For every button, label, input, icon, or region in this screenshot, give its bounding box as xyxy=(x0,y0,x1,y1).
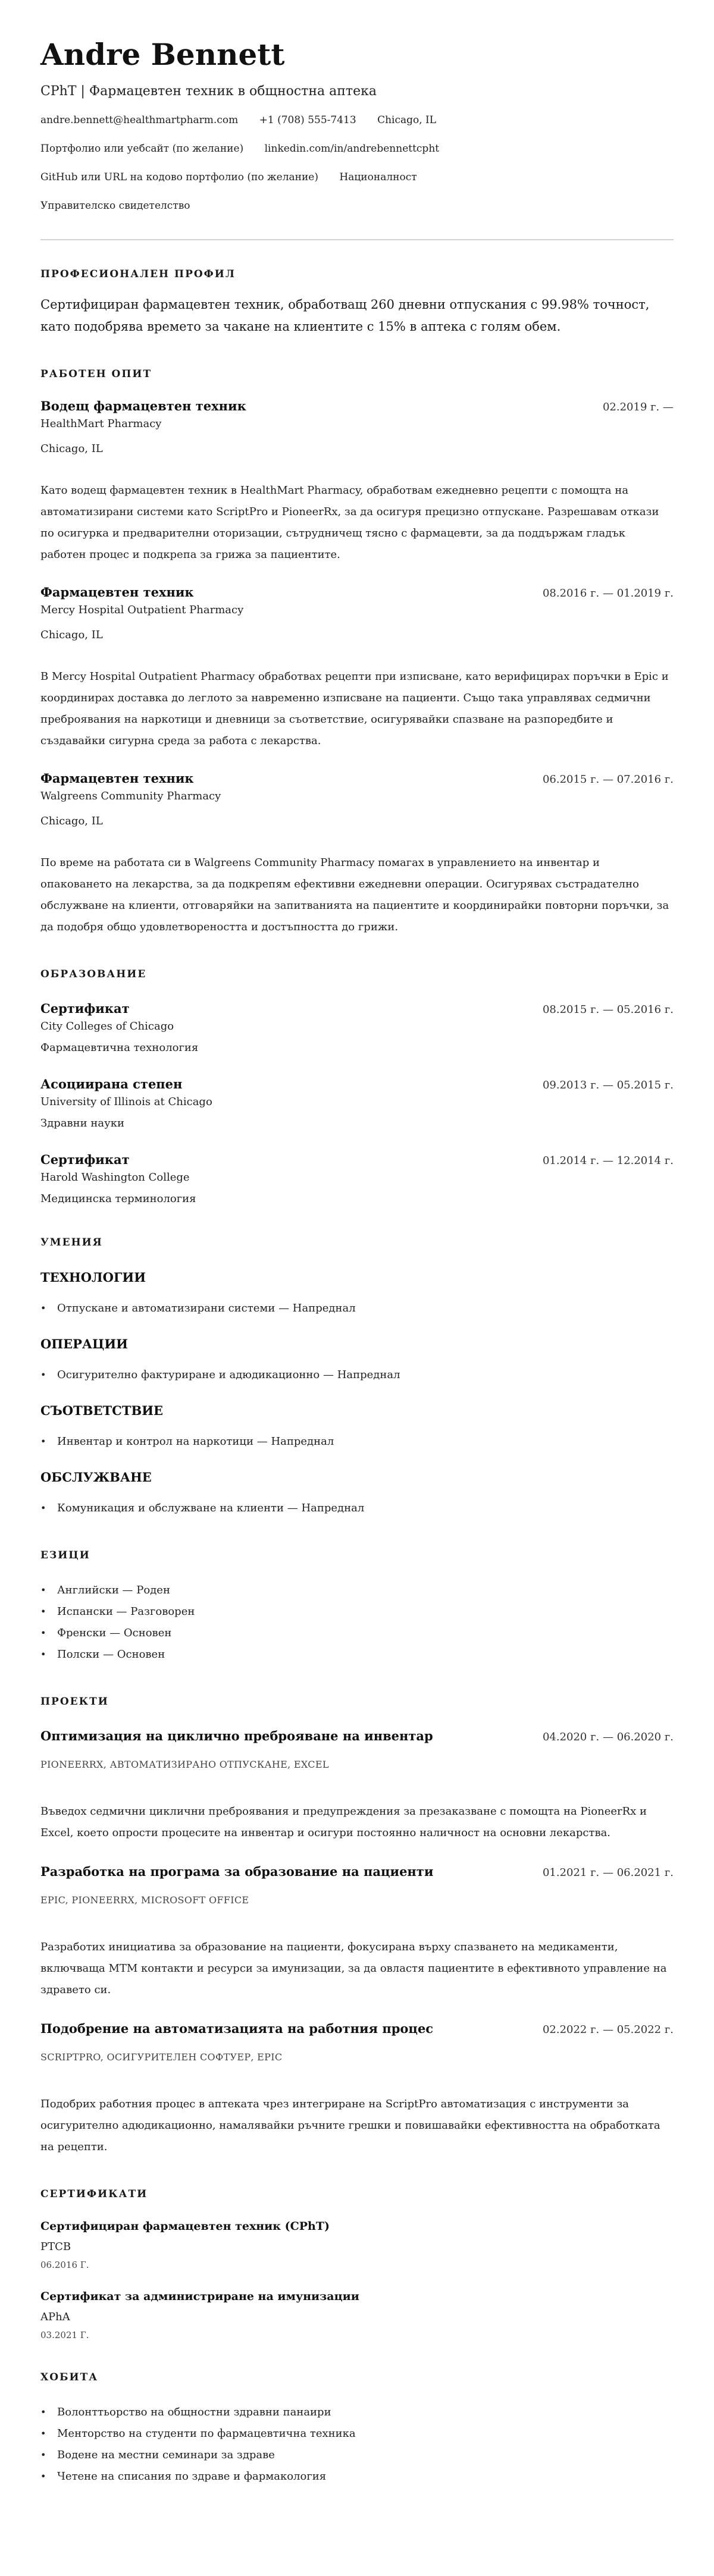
section-title: ХОБИТА xyxy=(40,2371,674,2384)
certification-issuer: APhA xyxy=(40,2310,674,2324)
hobbies-section: ХОБИТА Волонттьорство на общностни здрав… xyxy=(40,2371,674,2487)
employer: Mercy Hospital Outpatient Pharmacy xyxy=(40,603,674,617)
education-entry: Асоциирана степен09.2013 г. — 05.2015 г.… xyxy=(40,1077,674,1131)
section-title: ПРОФЕСИОНАЛЕН ПРОФИЛ xyxy=(40,268,674,281)
section-title: УМЕНИЯ xyxy=(40,1236,674,1249)
hobby-item: Четене на списания по здраве и фармаколо… xyxy=(40,2466,674,2487)
language-item: Испански — Разговорен xyxy=(40,1601,674,1623)
skill-group-title: СЪОТВЕТСТВИЕ xyxy=(40,1402,674,1419)
job-title: Фармацевтен техник xyxy=(40,585,194,600)
skills-section: УМЕНИЯ ТЕХНОЛОГИИОтпускане и автоматизир… xyxy=(40,1236,674,1519)
job-dates: 06.2015 г. — 07.2016 г. xyxy=(543,773,674,786)
languages-list: Английски — РоденИспански — РазговоренФр… xyxy=(40,1580,674,1665)
project-technologies: EPIC, PIONEERRX, MICROSOFT OFFICE xyxy=(40,1894,674,1906)
phone-number[interactable]: +1 (708) 555-7413 xyxy=(259,114,356,126)
skill-list: Осигурително фактуриране и адюдикационно… xyxy=(40,1364,674,1386)
skill-item: Инвентар и контрол на наркотици — Напред… xyxy=(40,1431,674,1452)
job-location: Chicago, IL xyxy=(40,814,674,829)
project-technologies: PIONEERRX, АВТОМАТИЗИРАНО ОТПУСКАНЕ, EXC… xyxy=(40,1759,674,1770)
school: University of Illinois at Chicago xyxy=(40,1095,674,1109)
skill-item: Комуникация и обслужване на клиенти — На… xyxy=(40,1498,674,1519)
certifications-section: СЕРТИФИКАТИ Сертифициран фармацевтен тех… xyxy=(40,2188,674,2341)
skill-list: Отпускане и автоматизирани системи — Нап… xyxy=(40,1298,674,1319)
job-description: Като водещ фармацевтен техник в HealthMa… xyxy=(40,480,674,566)
nationality: Националност xyxy=(339,171,416,183)
employer: HealthMart Pharmacy xyxy=(40,417,674,431)
skill-item: Отпускане и автоматизирани системи — Нап… xyxy=(40,1298,674,1319)
certification-date: 06.2016 Г. xyxy=(40,2259,674,2271)
certification-entry: Сертифициран фармацевтен техник (CPhT)PT… xyxy=(40,2219,674,2271)
language-item: Полски — Основен xyxy=(40,1644,674,1665)
degree: Сертификат xyxy=(40,1152,130,1167)
education-dates: 09.2013 г. — 05.2015 г. xyxy=(543,1079,674,1091)
field-of-study: Здравни науки xyxy=(40,1116,674,1131)
project-description: Въведох седмични циклични преброявания и… xyxy=(40,1801,674,1844)
experience-entry: Водещ фармацевтен техник02.2019 г. —Heal… xyxy=(40,399,674,566)
degree: Сертификат xyxy=(40,1001,130,1016)
job-dates: 08.2016 г. — 01.2019 г. xyxy=(543,587,674,600)
candidate-headline: CPhT | Фармацевтен техник в общностна ап… xyxy=(40,83,674,100)
section-title: РАБОТЕН ОПИТ xyxy=(40,368,674,381)
section-title: ЕЗИЦИ xyxy=(40,1549,674,1562)
entry-header: Асоциирана степен09.2013 г. — 05.2015 г. xyxy=(40,1077,674,1091)
hobbies-list: Волонттьорство на общностни здравни пана… xyxy=(40,2402,674,2487)
education-dates: 01.2014 г. — 12.2014 г. xyxy=(543,1154,674,1167)
project-title: Разработка на програма за образование на… xyxy=(40,1864,433,1879)
project-dates: 01.2021 г. — 06.2021 г. xyxy=(543,1866,674,1879)
candidate-name: Andre Bennett xyxy=(40,37,674,73)
driving-license: Управителско свидетелство xyxy=(40,200,190,212)
github-link[interactable]: GitHub или URL на кодово портфолио (по ж… xyxy=(40,171,318,183)
certification-entry: Сертификат за администриране на имунизац… xyxy=(40,2289,674,2341)
education-entry: Сертификат08.2015 г. — 05.2016 г.City Co… xyxy=(40,1001,674,1055)
school: City Colleges of Chicago xyxy=(40,1019,674,1034)
contact-row: Портфолио или уебсайт (по желание) linke… xyxy=(40,142,674,156)
section-title: ОБРАЗОВАНИЕ xyxy=(40,968,674,981)
skill-group-title: ТЕХНОЛОГИИ xyxy=(40,1269,674,1286)
job-description: По време на работата си в Walgreens Comm… xyxy=(40,852,674,938)
hobby-item: Водене на местни семинари за здраве xyxy=(40,2445,674,2466)
experience-entry: Фармацевтен техник08.2016 г. — 01.2019 г… xyxy=(40,585,674,752)
certifications-list: Сертифициран фармацевтен техник (CPhT)PT… xyxy=(40,2219,674,2341)
project-title: Оптимизация на циклично преброяване на и… xyxy=(40,1728,433,1743)
experience-entry: Фармацевтен техник06.2015 г. — 07.2016 г… xyxy=(40,771,674,938)
certification-issuer: PTCB xyxy=(40,2240,674,2254)
language-item: Френски — Основен xyxy=(40,1623,674,1644)
entry-header: Водещ фармацевтен техник02.2019 г. — xyxy=(40,399,674,413)
school: Harold Washington College xyxy=(40,1171,674,1185)
job-dates: 02.2019 г. — xyxy=(603,401,674,413)
project-entry: Разработка на програма за образование на… xyxy=(40,1864,674,2001)
entry-header: Фармацевтен техник06.2015 г. — 07.2016 г… xyxy=(40,771,674,786)
profile-section: ПРОФЕСИОНАЛЕН ПРОФИЛ Сертифициран фармац… xyxy=(40,268,674,338)
section-title: ПРОЕКТИ xyxy=(40,1695,674,1708)
email-link[interactable]: andre.bennett@healthmartpharm.com xyxy=(40,114,238,126)
language-item: Английски — Роден xyxy=(40,1580,674,1601)
field-of-study: Фармацевтична технология xyxy=(40,1041,674,1055)
field-of-study: Медицинска терминология xyxy=(40,1192,674,1206)
project-dates: 04.2020 г. — 06.2020 г. xyxy=(543,1731,674,1743)
entry-header: Сертификат08.2015 г. — 05.2016 г. xyxy=(40,1001,674,1016)
contact-row: GitHub или URL на кодово портфолио (по ж… xyxy=(40,170,674,184)
entry-header: Разработка на програма за образование на… xyxy=(40,1864,674,1879)
skill-list: Комуникация и обслужване на клиенти — На… xyxy=(40,1498,674,1519)
entry-header: Оптимизация на циклично преброяване на и… xyxy=(40,1728,674,1743)
hobby-item: Менторство на студенти по фармацевтична … xyxy=(40,2423,674,2445)
entry-header: Фармацевтен техник08.2016 г. — 01.2019 г… xyxy=(40,585,674,600)
education-list: Сертификат08.2015 г. — 05.2016 г.City Co… xyxy=(40,1001,674,1206)
profile-summary: Сертифициран фармацевтен техник, обработ… xyxy=(40,294,674,338)
entry-header: Подобрение на автоматизацията на работни… xyxy=(40,2021,674,2036)
degree: Асоциирана степен xyxy=(40,1077,182,1091)
hobby-item: Волонттьорство на общностни здравни пана… xyxy=(40,2402,674,2423)
skill-item: Осигурително фактуриране и адюдикационно… xyxy=(40,1364,674,1386)
project-description: Разработих инициатива за образование на … xyxy=(40,1937,674,2001)
job-title: Фармацевтен техник xyxy=(40,771,194,786)
experience-list: Водещ фармацевтен техник02.2019 г. —Heal… xyxy=(40,399,674,938)
certification-name: Сертификат за администриране на имунизац… xyxy=(40,2289,674,2304)
projects-section: ПРОЕКТИ Оптимизация на циклично преброяв… xyxy=(40,1695,674,2158)
employer: Walgreens Community Pharmacy xyxy=(40,789,674,804)
education-section: ОБРАЗОВАНИЕ Сертификат08.2015 г. — 05.20… xyxy=(40,968,674,1206)
entry-header: Сертификат01.2014 г. — 12.2014 г. xyxy=(40,1152,674,1167)
project-entry: Подобрение на автоматизацията на работни… xyxy=(40,2021,674,2158)
job-description: В Mercy Hospital Outpatient Pharmacy обр… xyxy=(40,666,674,752)
project-title: Подобрение на автоматизацията на работни… xyxy=(40,2021,433,2036)
experience-section: РАБОТЕН ОПИТ Водещ фармацевтен техник02.… xyxy=(40,368,674,938)
project-technologies: SCRIPTPRO, ОСИГУРИТЕЛЕН СОФТУЕР, EPIC xyxy=(40,2051,674,2063)
job-title: Водещ фармацевтен техник xyxy=(40,399,246,413)
linkedin-link[interactable]: linkedin.com/in/andrebennettcpht xyxy=(265,143,439,155)
project-entry: Оптимизация на циклично преброяване на и… xyxy=(40,1728,674,1844)
project-description: Подобрих работния процес в аптеката чрез… xyxy=(40,2094,674,2158)
projects-list: Оптимизация на циклично преброяване на и… xyxy=(40,1728,674,2158)
project-dates: 02.2022 г. — 05.2022 г. xyxy=(543,2023,674,2036)
contact-row: andre.bennett@healthmartpharm.com +1 (70… xyxy=(40,113,674,127)
job-location: Chicago, IL xyxy=(40,442,674,456)
languages-section: ЕЗИЦИ Английски — РоденИспански — Разгов… xyxy=(40,1549,674,1665)
education-entry: Сертификат01.2014 г. — 12.2014 г.Harold … xyxy=(40,1152,674,1206)
resume-page: Andre Bennett CPhT | Фармацевтен техник … xyxy=(0,0,714,2523)
resume-header: Andre Bennett CPhT | Фармацевтен техник … xyxy=(40,37,674,213)
section-title: СЕРТИФИКАТИ xyxy=(40,2188,674,2201)
skill-list: Инвентар и контрол на наркотици — Напред… xyxy=(40,1431,674,1452)
skill-group-title: ОБСЛУЖВАНЕ xyxy=(40,1469,674,1486)
location: Chicago, IL xyxy=(377,114,436,126)
portfolio-link[interactable]: Портфолио или уебсайт (по желание) xyxy=(40,143,243,155)
education-dates: 08.2015 г. — 05.2016 г. xyxy=(543,1003,674,1016)
skill-group-title: ОПЕРАЦИИ xyxy=(40,1336,674,1353)
skills-list: ТЕХНОЛОГИИОтпускане и автоматизирани сис… xyxy=(40,1269,674,1519)
certification-name: Сертифициран фармацевтен техник (CPhT) xyxy=(40,2219,674,2234)
job-location: Chicago, IL xyxy=(40,628,674,642)
header-divider xyxy=(40,239,674,240)
certification-date: 03.2021 Г. xyxy=(40,2329,674,2341)
contact-row: Управителско свидетелство xyxy=(40,199,674,213)
